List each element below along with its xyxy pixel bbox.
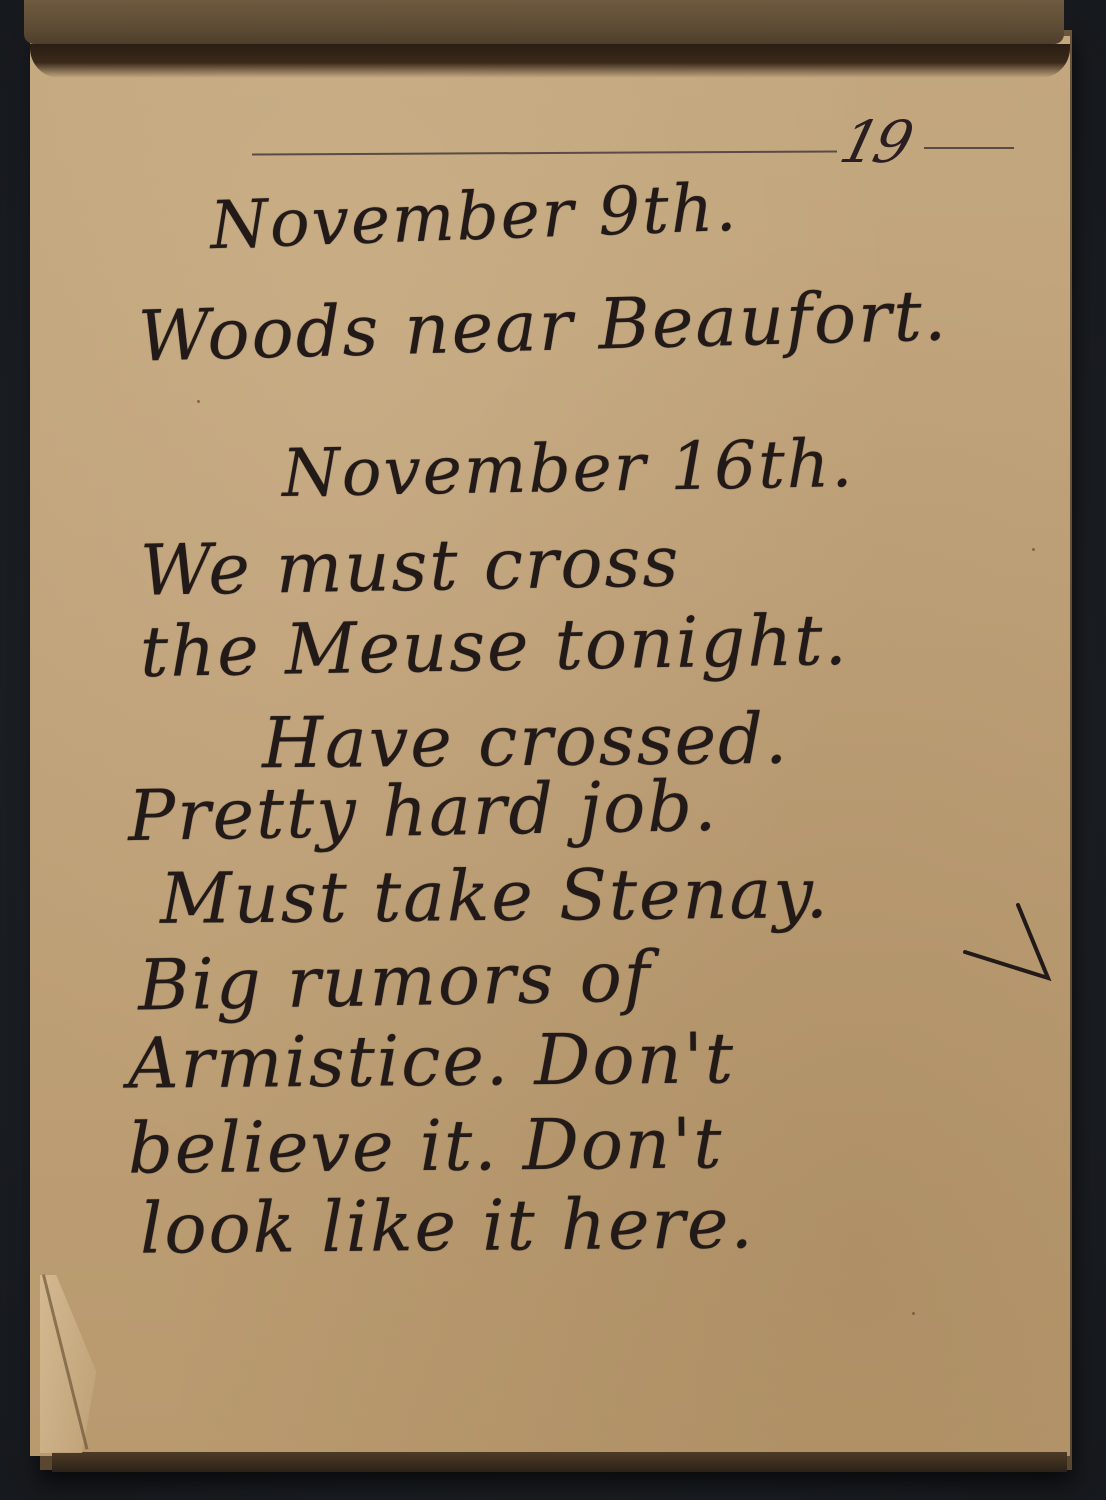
folded-top-flap	[24, 0, 1064, 44]
paper-speck	[197, 400, 200, 403]
entry-2-line-7: Armistice. Don't	[128, 1017, 736, 1104]
entry-2-line-2: the Meuse tonight.	[139, 599, 849, 693]
checkmark-stroke-icon	[960, 900, 1060, 990]
paper-speck	[1032, 548, 1035, 551]
entry-2-line-1: We must cross	[139, 520, 681, 611]
printed-date-line-right	[924, 147, 1014, 149]
entry-2-line-4: Pretty hard job.	[127, 765, 719, 857]
flap-shadow	[30, 44, 1070, 78]
pad-bottom-edge	[52, 1452, 1067, 1472]
entry-2-line-6: Big rumors of	[137, 936, 652, 1027]
paper-speck	[912, 1312, 915, 1315]
entry-2-line-5: Must take Stenay.	[160, 852, 831, 940]
entry-2-line-8: believe it. Don't	[128, 1102, 724, 1189]
entry-date-2: November 16th.	[281, 425, 855, 512]
entry-2-line-9: look like it here.	[140, 1182, 755, 1269]
photo-scene: 19 November 9th. Woods near Beaufort. No…	[0, 0, 1106, 1500]
